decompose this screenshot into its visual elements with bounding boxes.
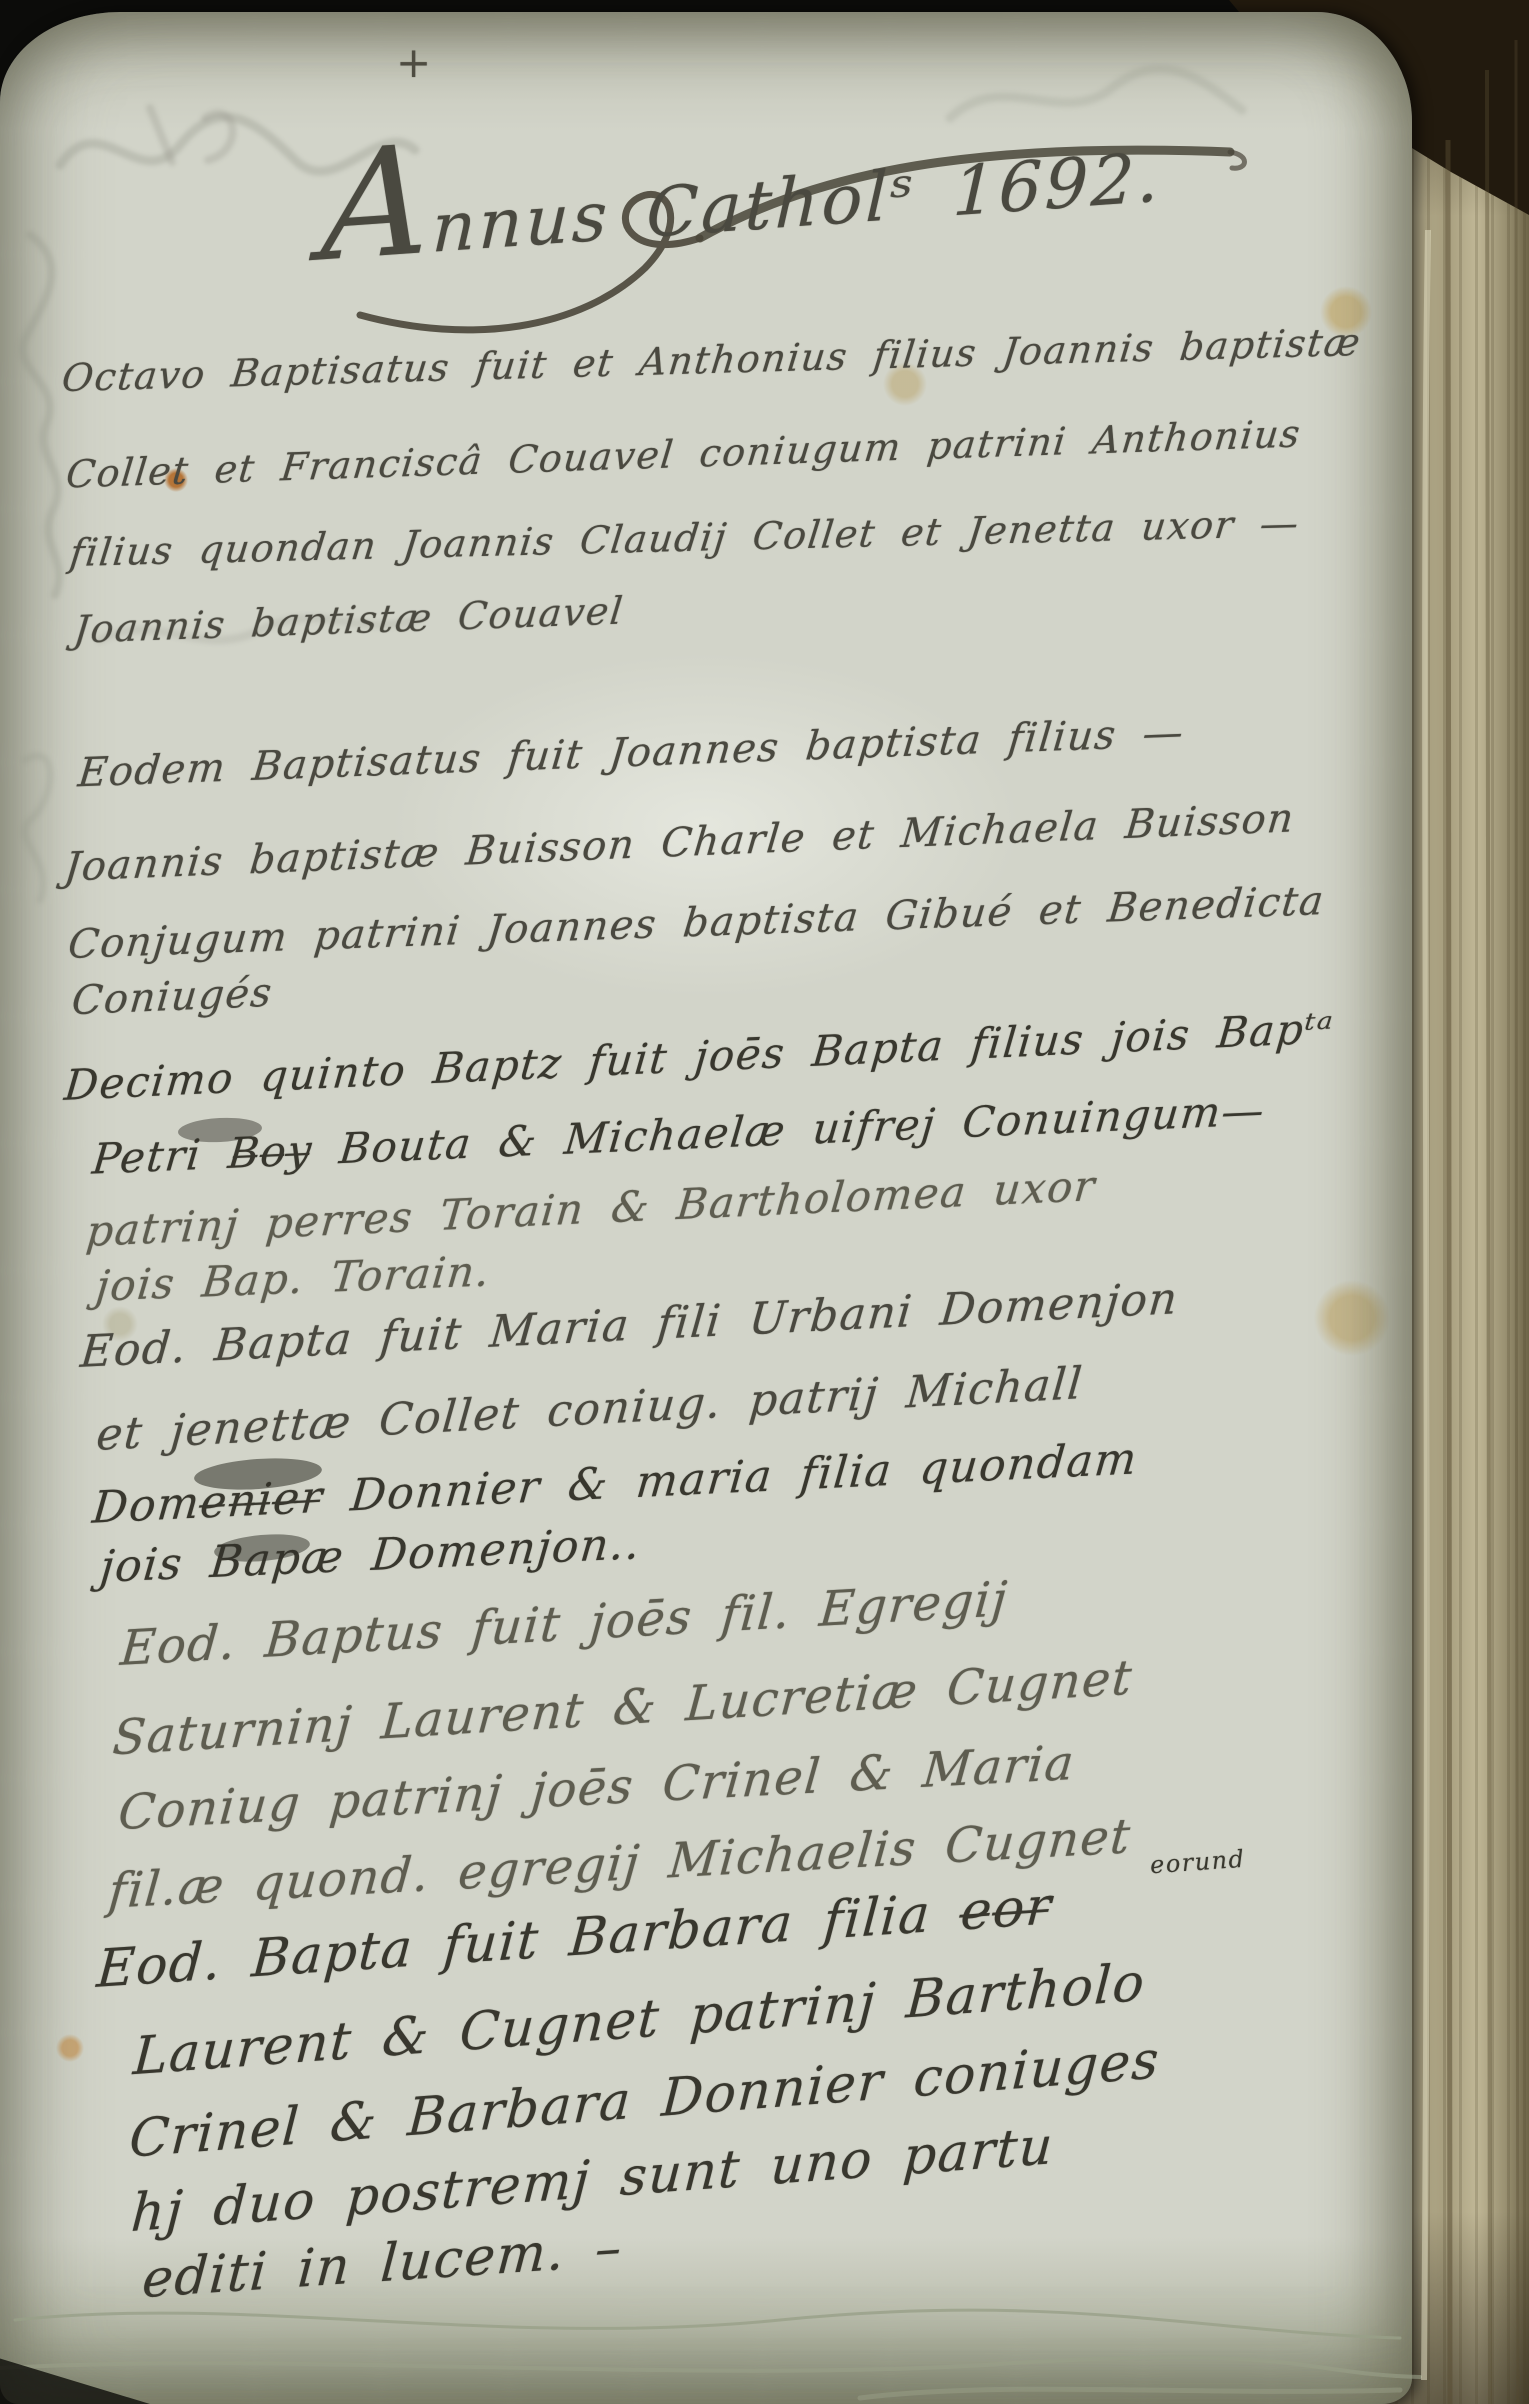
ink-blot <box>213 1531 311 1565</box>
overlay-layer <box>0 0 1529 2404</box>
manuscript-photo: + Annus Catholˢ 1692. Octavo Baptisatus … <box>0 0 1529 2404</box>
ink-blots <box>177 1116 322 1565</box>
ink-blot <box>193 1455 323 1494</box>
fore-edge-streaks <box>1424 40 1518 2404</box>
paper-crease-lines <box>0 2310 1420 2398</box>
ink-blot <box>177 1116 262 1144</box>
